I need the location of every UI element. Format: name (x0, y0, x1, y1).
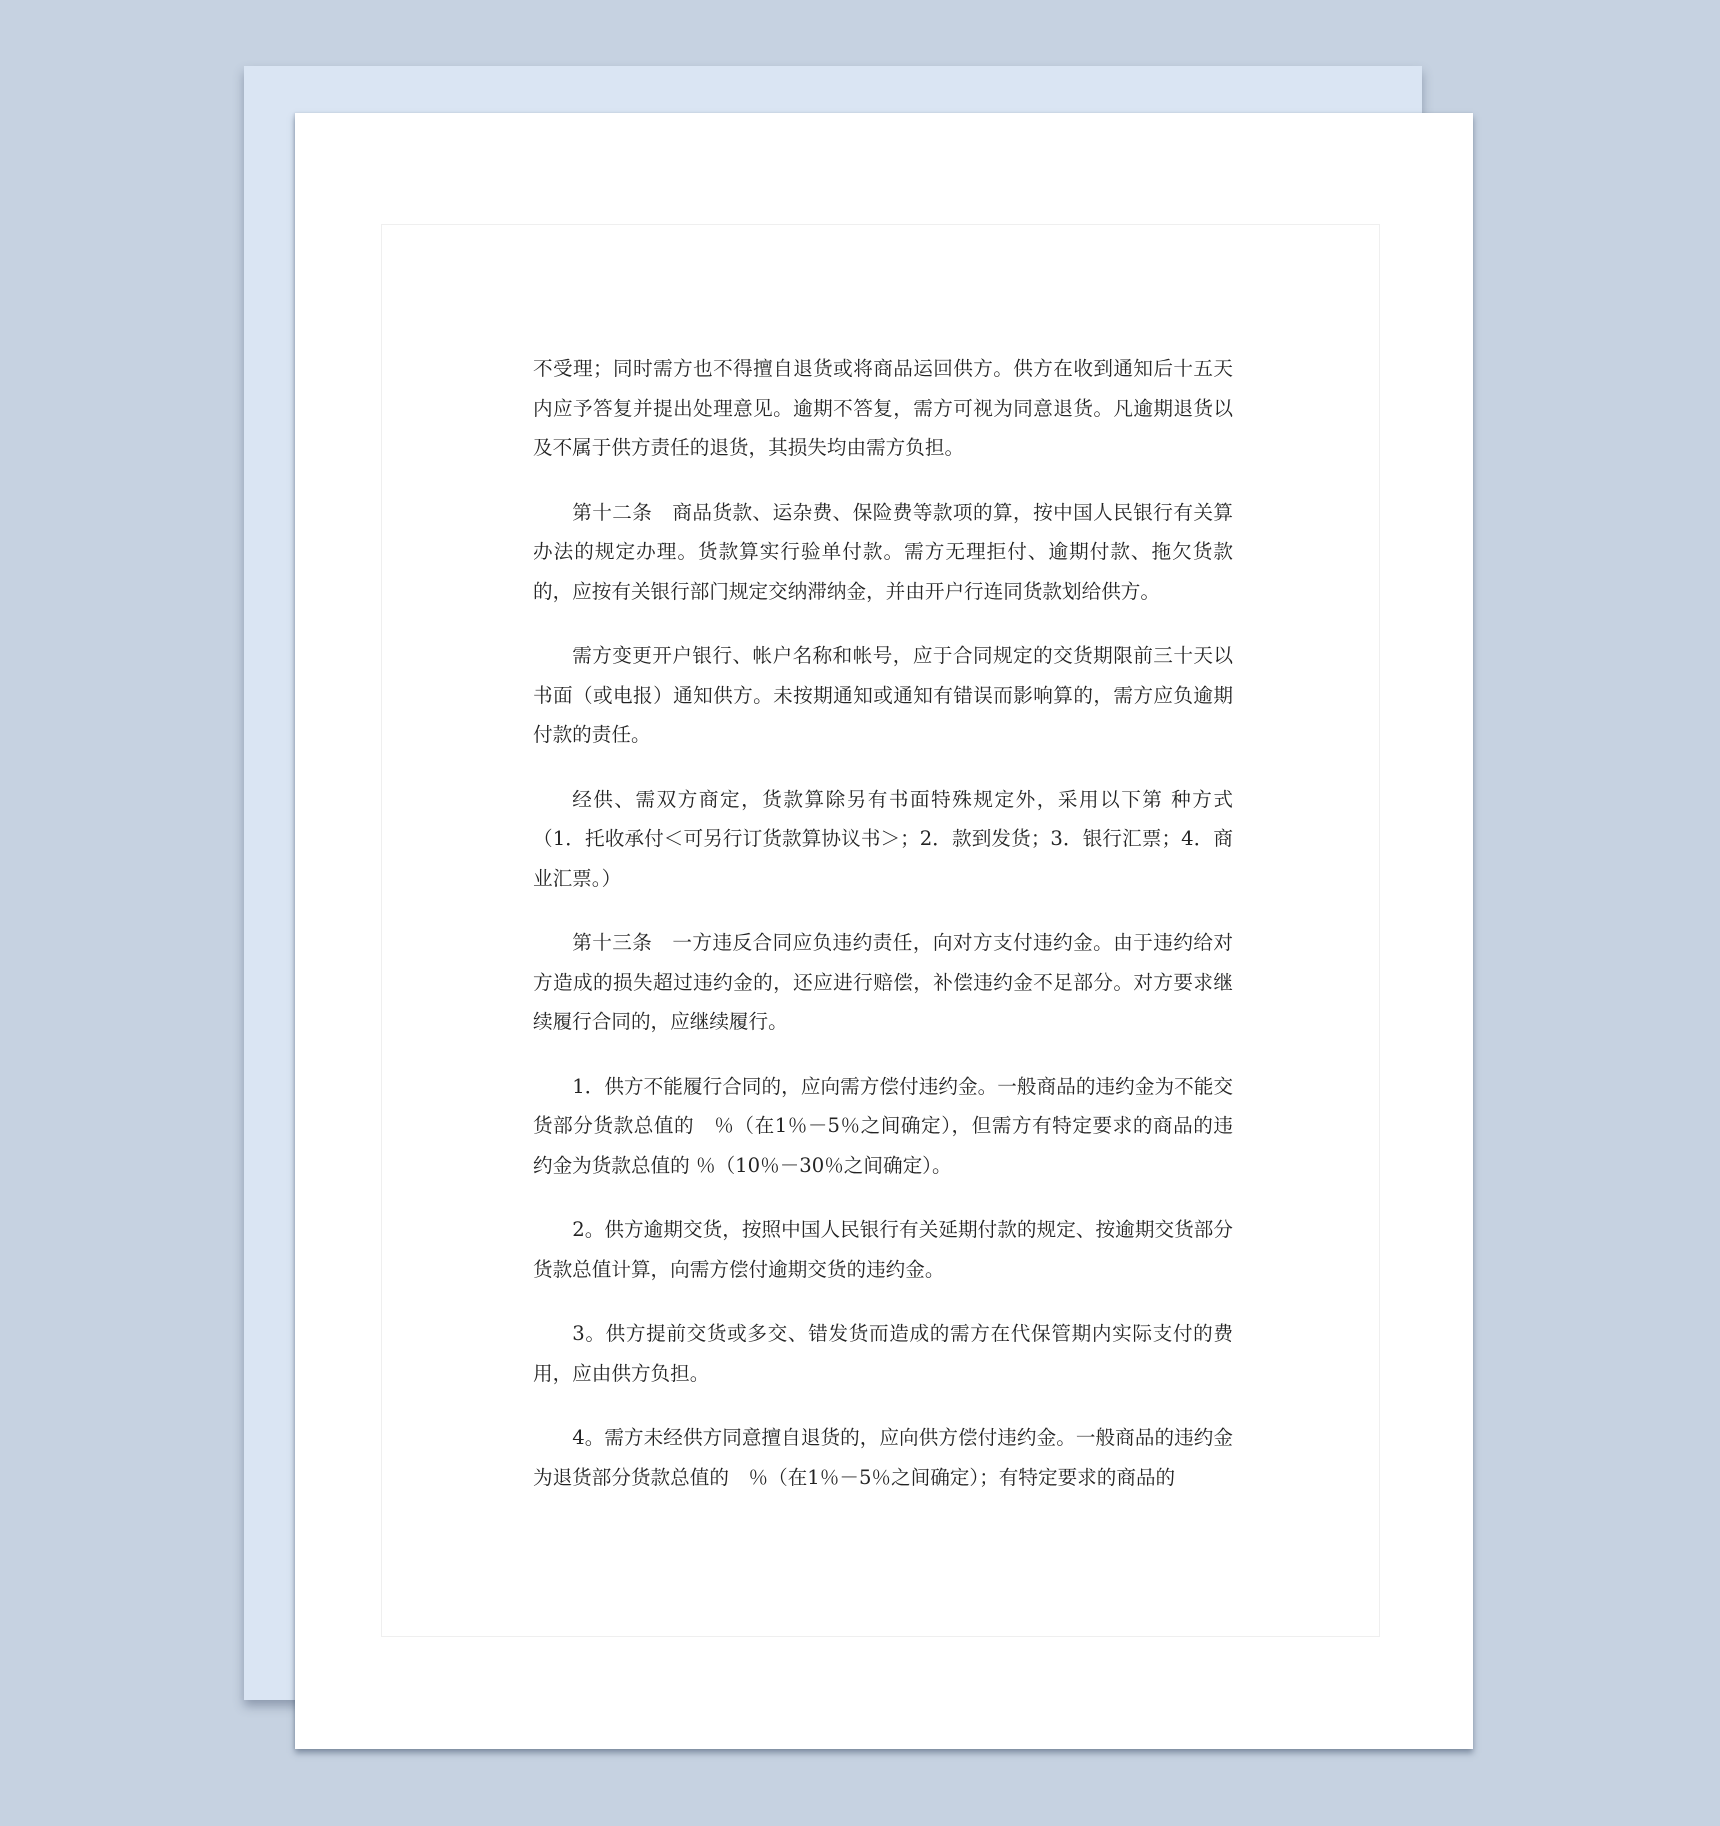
paragraph-account-change: 需方变更开户银行、帐户名称和帐号，应于合同规定的交货期限前三十天以书面（或电报）… (533, 636, 1233, 755)
paragraph-clause-2: 2。供方逾期交货，按照中国人民银行有关延期付款的规定、按逾期交货部分货款总值计算… (533, 1210, 1233, 1289)
front-page-sheet: 不受理；同时需方也不得擅自退货或将商品运回供方。供方在收到通知后十五天内应予答复… (295, 113, 1473, 1749)
paragraph-article-12: 第十二条 商品货款、运杂费、保险费等款项的算，按中国人民银行有关算办法的规定办理… (533, 493, 1233, 612)
paragraph-article-13: 第十三条 一方违反合同应负违约责任，向对方支付违约金。由于违约给对方造成的损失超… (533, 923, 1233, 1042)
document-body: 不受理；同时需方也不得擅自退货或将商品运回供方。供方在收到通知后十五天内应予答复… (533, 349, 1233, 1522)
paragraph-clause-4: 4。需方未经供方同意擅自退货的，应向供方偿付违约金。一般商品的违约金为退货部分货… (533, 1418, 1233, 1497)
paragraph-clause-3: 3。供方提前交货或多交、错发货而造成的需方在代保管期内实际支付的费用，应由供方负… (533, 1314, 1233, 1393)
paragraph-payment-method: 经供、需双方商定，货款算除另有书面特殊规定外，采用以下第 种方式（1．托收承付＜… (533, 780, 1233, 899)
paragraph-return-handling: 不受理；同时需方也不得擅自退货或将商品运回供方。供方在收到通知后十五天内应予答复… (533, 349, 1233, 468)
paragraph-clause-1: 1．供方不能履行合同的，应向需方偿付违约金。一般商品的违约金为不能交货部分货款总… (533, 1067, 1233, 1186)
